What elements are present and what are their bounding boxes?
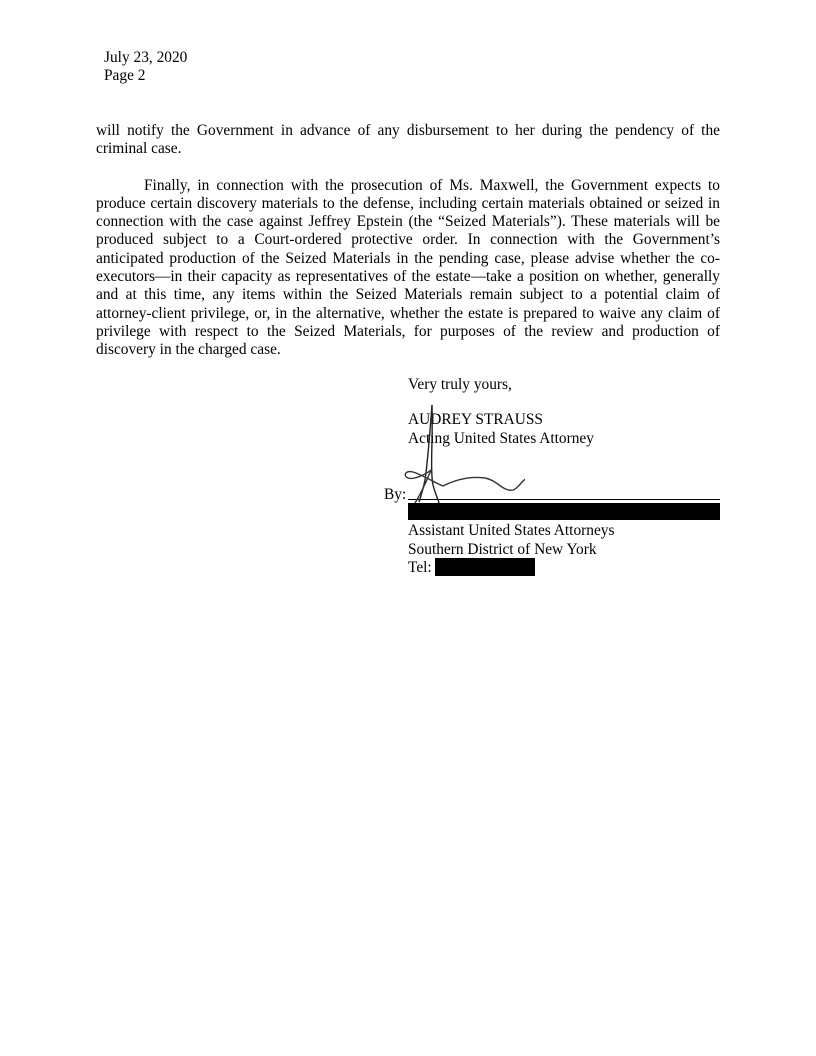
signatory-title: Acting United States Attorney <box>408 430 728 448</box>
page-number: Page 2 <box>104 67 187 85</box>
redacted-telephone <box>435 558 535 576</box>
closing-block: Very truly yours, AUDREY STRAUSS Acting … <box>408 376 728 448</box>
redacted-signer-name <box>408 503 720 520</box>
signer-role: Assistant United States Attorneys <box>408 522 728 541</box>
by-label: By: <box>384 486 406 504</box>
salutation: Very truly yours, <box>408 376 728 394</box>
paragraph-continuation: will notify the Government in advance of… <box>96 122 720 159</box>
telephone-line: Tel: <box>408 559 728 578</box>
paragraph-seized-materials: Finally, in connection with the prosecut… <box>96 177 720 360</box>
signer-office: Southern District of New York <box>408 541 728 560</box>
letter-date: July 23, 2020 <box>104 49 187 67</box>
signer-details: Assistant United States Attorneys Southe… <box>408 522 728 578</box>
signature-line <box>408 499 720 500</box>
tel-label: Tel: <box>408 559 432 576</box>
letter-header: July 23, 2020 Page 2 <box>104 49 187 85</box>
signatory-name: AUDREY STRAUSS <box>408 411 728 429</box>
letter-body: will notify the Government in advance of… <box>96 122 720 378</box>
